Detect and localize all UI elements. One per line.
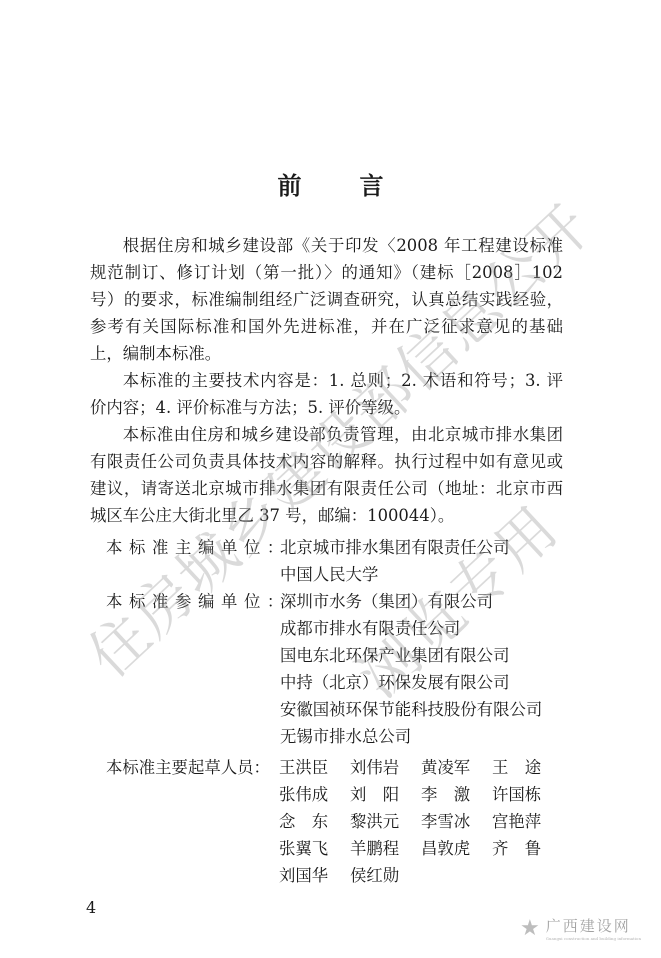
drafters-section: 本标准主要起草人员： 王洪臣 刘伟岩 黄凌军 王 途 张伟成 刘 阳 李 激 许… xyxy=(90,754,563,889)
text-line: 建议，请寄送北京城市排水集团有限责任公司（地址：北京市西 xyxy=(90,475,563,502)
text-line: 参考有关国际标准和国外先进标准，并在广泛征求意见的基础 xyxy=(90,313,563,340)
chief-editor-unit: 北京城市排水集团有限责任公司 xyxy=(280,534,509,561)
drafter-name: 张翼飞 xyxy=(279,835,350,862)
paragraph-background: 根据住房和城乡建设部《关于印发〈2008 年工程建设标准 规范制订、修订计划（第… xyxy=(90,232,563,367)
document-page: 前言 根据住房和城乡建设部《关于印发〈2008 年工程建设标准 规范制订、修订计… xyxy=(0,0,661,958)
page-title: 前言 xyxy=(0,166,661,201)
site-logo-name: 广西建设网 xyxy=(546,915,641,936)
text-line: 本标准的主要技术内容是：1. 总则；2. 术语和符号；3. 评 xyxy=(90,367,563,394)
drafter-name: 宫艳萍 xyxy=(492,808,563,835)
drafter-name: 王洪臣 xyxy=(279,754,350,781)
paragraph-contents: 本标准的主要技术内容是：1. 总则；2. 术语和符号；3. 评 价内容；4. 评… xyxy=(90,367,563,421)
text-line: 本标准由住房和城乡建设部负责管理，由北京城市排水集团 xyxy=(90,421,563,448)
drafter-name: 李雪冰 xyxy=(421,808,492,835)
drafter-name: 刘伟岩 xyxy=(350,754,421,781)
text-line: 有限责任公司负责具体技术内容的解释。执行过程中如有意见或 xyxy=(90,448,563,475)
drafter-name: 黎洪元 xyxy=(350,808,421,835)
participating-unit: 深圳市水务（集团）有限公司 xyxy=(280,588,542,615)
site-logo: ★ 广西建设网 Guangxi construction and buildin… xyxy=(520,915,641,941)
drafter-name: 王 途 xyxy=(492,754,563,781)
drafter-name: 羊鹏程 xyxy=(350,835,421,862)
drafter-name: 黄凌军 xyxy=(421,754,492,781)
preface-body: 根据住房和城乡建设部《关于印发〈2008 年工程建设标准 规范制订、修订计划（第… xyxy=(90,232,563,529)
chief-editor-unit: 中国人民大学 xyxy=(280,561,509,588)
drafter-name: 齐 鲁 xyxy=(492,835,563,862)
drafter-name: 侯红勋 xyxy=(350,862,421,889)
drafter-name: 昌敦虎 xyxy=(421,835,492,862)
participating-unit: 国电东北环保产业集团有限公司 xyxy=(280,642,542,669)
page-number: 4 xyxy=(86,898,96,917)
participating-unit: 中持（北京）环保发展有限公司 xyxy=(280,669,542,696)
text-line: 规范制订、修订计划（第一批）〉的通知》（建标［2008］102 xyxy=(90,259,563,286)
drafter-name: 许国栋 xyxy=(492,781,563,808)
drafter-name: 李 激 xyxy=(421,781,492,808)
drafter-name: 念 东 xyxy=(279,808,350,835)
text-line: 号）的要求，标准编制组经广泛调查研究，认真总结实践经验， xyxy=(90,286,563,313)
title-char-2: 言 xyxy=(360,166,384,201)
site-logo-subtitle: Guangxi construction and building inform… xyxy=(546,936,641,941)
participating-editor-label: 本标准参编单位： xyxy=(90,588,280,750)
text-line: 根据住房和城乡建设部《关于印发〈2008 年工程建设标准 xyxy=(90,232,563,259)
chief-editor-units: 本标准主编单位： 北京城市排水集团有限责任公司 中国人民大学 xyxy=(90,534,563,588)
drafter-name: 刘 阳 xyxy=(350,781,421,808)
participating-unit: 安徽国祯环保节能科技股份有限公司 xyxy=(280,696,542,723)
paragraph-management: 本标准由住房和城乡建设部负责管理，由北京城市排水集团 有限责任公司负责具体技术内… xyxy=(90,421,563,529)
drafters-label: 本标准主要起草人员： xyxy=(90,754,279,889)
text-line: 价内容；4. 评价标准与方法；5. 评价等级。 xyxy=(90,394,563,421)
participating-unit: 成都市排水有限责任公司 xyxy=(280,615,542,642)
text-line: 上，编制本标准。 xyxy=(90,340,563,367)
text-line: 城区车公庄大街北里乙 37 号，邮编：100044）。 xyxy=(90,502,563,529)
drafters-list: 王洪臣 刘伟岩 黄凌军 王 途 张伟成 刘 阳 李 激 许国栋 念 东 黎洪元 … xyxy=(279,754,563,889)
star-logo-icon: ★ xyxy=(520,916,540,941)
participating-editor-units: 本标准参编单位： 深圳市水务（集团）有限公司 成都市排水有限责任公司 国电东北环… xyxy=(90,588,563,750)
chief-editor-label: 本标准主编单位： xyxy=(90,534,280,588)
drafter-name: 刘国华 xyxy=(279,862,350,889)
participating-unit: 无锡市排水总公司 xyxy=(280,723,542,750)
title-char-1: 前 xyxy=(278,166,302,201)
drafter-name: 张伟成 xyxy=(279,781,350,808)
